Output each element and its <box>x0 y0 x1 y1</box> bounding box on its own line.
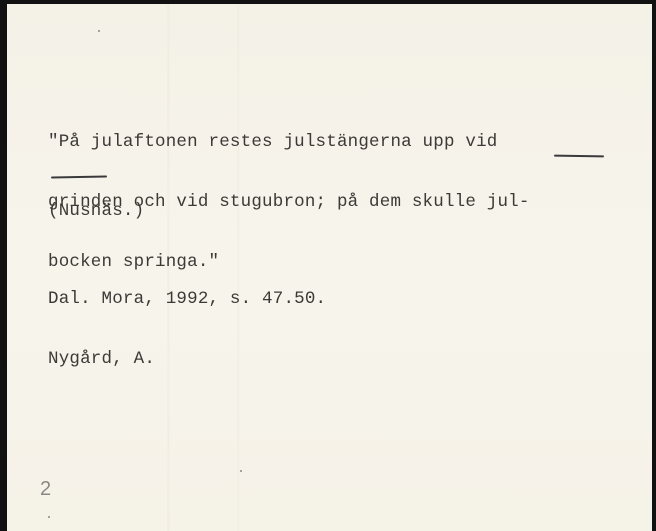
paper-speck <box>48 516 50 518</box>
place-name: (Nusnäs.) <box>48 201 144 221</box>
source-line-2: Nygård, A. <box>48 349 326 369</box>
paper-speck <box>98 30 100 32</box>
underline-jul <box>554 155 604 158</box>
paper-speck <box>240 470 242 472</box>
quote-line-1: "På julaftonen restes julstängerna upp v… <box>48 132 530 152</box>
card-number: 2 <box>40 478 51 501</box>
source-line-1: Dal. Mora, 1992, s. 47.50. <box>48 289 326 309</box>
source-reference: Dal. Mora, 1992, s. 47.50. Nygård, A. <box>48 249 326 409</box>
archive-index-card: "På julaftonen restes julstängerna upp v… <box>7 4 652 531</box>
